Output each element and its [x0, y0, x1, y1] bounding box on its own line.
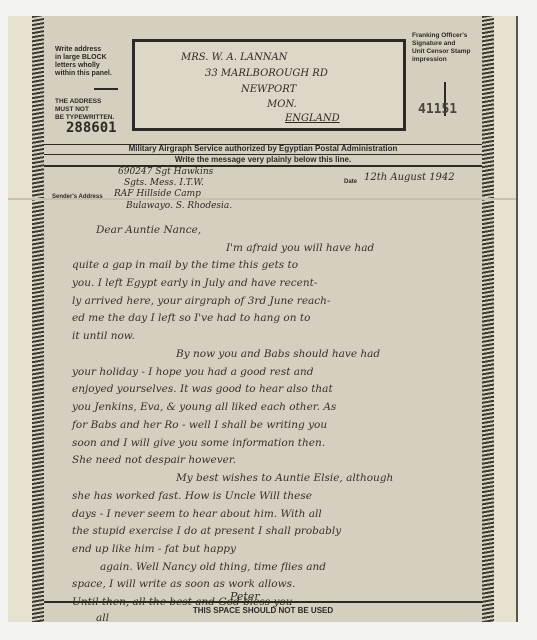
letter-line: you. I left Egypt early in July and have…: [72, 277, 317, 289]
warning-line: THE ADDRESS: [55, 98, 114, 106]
sender-address-label: Sender's Address: [52, 194, 103, 200]
instruction-line: within this panel.: [55, 70, 112, 78]
instruction-line: letters wholly: [55, 62, 112, 70]
address-instructions: Write address in large BLOCK letters who…: [55, 46, 112, 78]
instruction-line: Write address: [55, 46, 112, 54]
date-label: Date: [344, 179, 357, 185]
letter-line: for Babs and her Ro - well I shall be wr…: [72, 419, 327, 431]
franking-line: Franking Officer's: [412, 32, 471, 40]
franking-line: Signature and: [412, 40, 471, 48]
franking-line: impression: [412, 56, 471, 64]
letter-line: space, I will write as soon as work allo…: [72, 578, 295, 590]
serial-number: 288601: [66, 120, 117, 136]
salutation: Dear Auntie Nance,: [96, 224, 201, 236]
footer-notice: THIS SPACE SHOULD NOT BE USED: [44, 606, 482, 615]
recipient-town: NEWPORT: [241, 84, 296, 95]
letter-line: you Jenkins, Eva, & young all liked each…: [72, 401, 336, 413]
letter-line: She need not despair however.: [72, 454, 236, 466]
right-hatched-border: [482, 16, 494, 622]
letter-line: your holiday - I hope you had a good res…: [72, 366, 314, 378]
letter-line: again. Well Nancy old thing, time flies …: [100, 561, 326, 573]
recipient-country: ENGLAND: [285, 113, 340, 124]
letter-line: By now you and Babs should have had: [176, 348, 380, 360]
letter-line: enjoyed yourselves. It was good to hear …: [72, 383, 333, 395]
divider: [44, 165, 482, 167]
letter-line: quite a gap in mail by the time this get…: [72, 259, 298, 271]
warning-line: MUST NOT: [55, 106, 114, 114]
franking-instructions: Franking Officer's Signature and Unit Ce…: [412, 32, 471, 64]
sender-line: Sgts. Mess. I.T.W.: [124, 178, 204, 188]
letter-line: ly arrived here, your airgraph of 3rd Ju…: [72, 295, 330, 307]
franking-line: Unit Censor Stamp: [412, 48, 471, 56]
write-instruction: Write the message very plainly below thi…: [44, 155, 482, 164]
letter-line: days - I never seem to hear about him. W…: [72, 508, 322, 520]
recipient-address-panel: MRS. W. A. LANNAN 33 MARLBOROUGH RD NEWP…: [132, 39, 406, 131]
letter-line: end up like him - fat but happy: [72, 543, 236, 555]
letter-line: My best wishes to Auntie Elsie, although: [176, 472, 393, 484]
instruction-line: in large BLOCK: [55, 54, 112, 62]
service-banner: Military Airgraph Service authorized by …: [44, 144, 482, 153]
recipient-street: 33 MARLBOROUGH RD: [205, 68, 328, 79]
sender-line: 690247 Sgt Hawkins: [118, 167, 213, 177]
letter-line: she has worked fast. How is Uncle Will t…: [72, 490, 312, 502]
letter-line: soon and I will give you some informatio…: [72, 437, 325, 449]
letter-line: it until now.: [72, 330, 135, 342]
letter-line: ed me the day I left so I've had to hang…: [72, 312, 310, 324]
letter-line: I'm afraid you will have had: [226, 242, 374, 254]
sender-line: Bulawayo. S. Rhodesia.: [126, 201, 232, 211]
recipient-name: MRS. W. A. LANNAN: [181, 52, 287, 63]
recipient-county: MON.: [267, 99, 297, 110]
sender-line: RAF Hillside Camp: [114, 189, 201, 199]
letter-line: the stupid exercise I do at present I sh…: [72, 525, 341, 537]
left-hatched-border: [32, 16, 44, 622]
airgraph-sheet: Write address in large BLOCK letters who…: [8, 16, 518, 622]
typewriter-warning: THE ADDRESS MUST NOT BE TYPEWRITTEN.: [55, 98, 114, 122]
censor-number: 41151: [418, 102, 457, 117]
arrow-right-icon: [94, 88, 118, 90]
footer-divider: [44, 601, 482, 603]
letter-date: 12th August 1942: [364, 172, 455, 183]
